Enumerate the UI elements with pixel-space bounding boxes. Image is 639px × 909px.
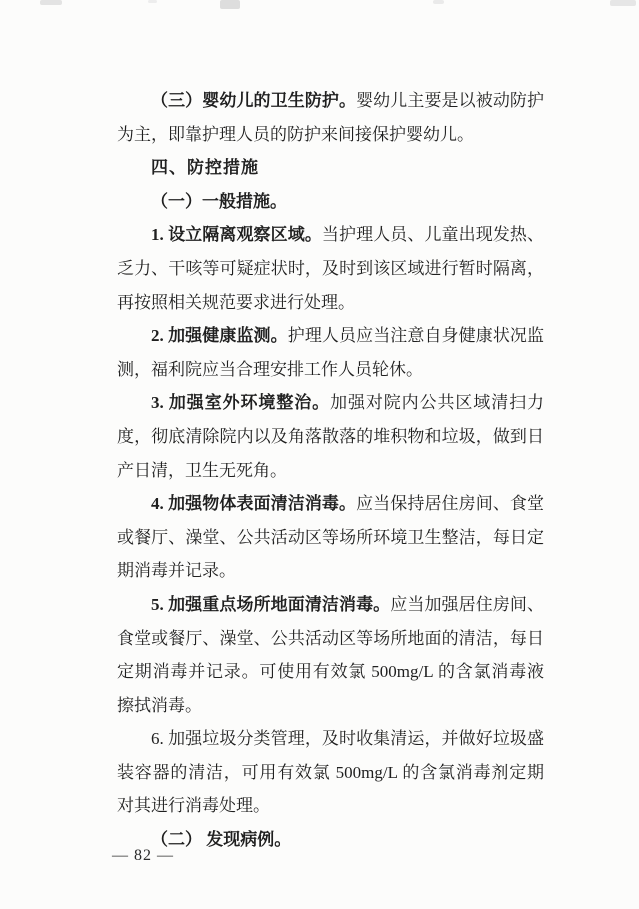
paragraph-lead: 1. 设立隔离观察区域。 — [151, 225, 322, 244]
paragraph: 5. 加强重点场所地面清洁消毒。应当加强居住房间、食堂或餐厅、澡堂、公共活动区等… — [117, 588, 544, 722]
paragraph-lead: （一）一般措施。 — [151, 192, 287, 211]
paragraph: （三）婴幼儿的卫生防护。婴幼儿主要是以被动防护为主，即靠护理人员的防护来间接保护… — [117, 84, 544, 151]
scan-artifact — [610, 0, 636, 6]
scan-artifact — [148, 0, 157, 3]
paragraph-lead: 5. 加强重点场所地面清洁消毒。 — [151, 595, 390, 614]
scan-artifact — [40, 0, 62, 5]
paragraph-lead: 2. 加强健康监测。 — [151, 326, 288, 345]
document-page: { "page": { "background": "#fcfcfb", "in… — [0, 0, 639, 909]
section-heading: 四、防控措施 — [117, 151, 544, 185]
paragraph-lead: 四、防控措施 — [151, 158, 259, 177]
document-body: （三）婴幼儿的卫生防护。婴幼儿主要是以被动防护为主，即靠护理人员的防护来间接保护… — [117, 84, 544, 857]
paragraph-lead: 3. 加强室外环境整治。 — [151, 393, 330, 412]
paragraph-text: 6. 加强垃圾分类管理，及时收集清运，并做好垃圾盛装容器的清洁，可用有效氯 50… — [117, 729, 544, 815]
page-number: — 82 — — [98, 847, 188, 865]
paragraph: 2. 加强健康监测。护理人员应当注意自身健康状况监测，福利院应当合理安排工作人员… — [117, 319, 544, 386]
paragraph-lead: （三）婴幼儿的卫生防护。 — [151, 91, 356, 110]
paragraph: 6. 加强垃圾分类管理，及时收集清运，并做好垃圾盛装容器的清洁，可用有效氯 50… — [117, 722, 544, 823]
scan-artifact — [220, 0, 240, 9]
paragraph: 1. 设立隔离观察区域。当护理人员、儿童出现发热、乏力、干咳等可疑症状时，及时到… — [117, 218, 544, 319]
scan-artifact — [433, 0, 444, 4]
paragraph-lead: 4. 加强物体表面清洁消毒。 — [151, 494, 356, 513]
paragraph: 3. 加强室外环境整治。加强对院内公共区域清扫力度，彻底清除院内以及角落散落的堆… — [117, 386, 544, 487]
sub-heading: （一）一般措施。 — [117, 185, 544, 219]
paragraph: 4. 加强物体表面清洁消毒。应当保持居住房间、食堂或餐厅、澡堂、公共活动区等场所… — [117, 487, 544, 588]
